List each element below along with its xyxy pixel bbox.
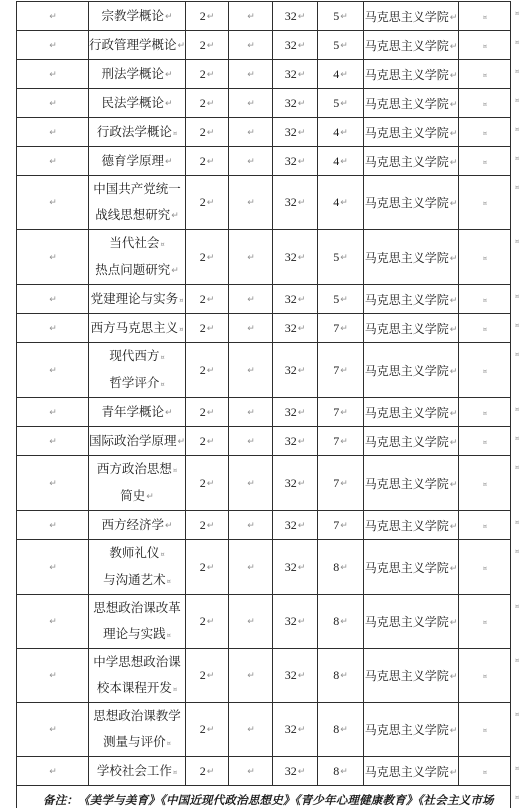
paragraph-return-mark: ↵	[450, 367, 458, 377]
cell-end-mark: ¤	[483, 438, 487, 446]
paragraph-return-mark: ↵	[207, 157, 215, 167]
cell-end-mark: ¤	[483, 768, 487, 776]
credits-value: 2	[200, 405, 206, 419]
cell-credits[interactable]: 2↵	[186, 649, 229, 703]
cell-blank-right[interactable]: ¤	[459, 230, 511, 285]
cell-hours[interactable]: 32↵	[273, 314, 318, 343]
table-row: ↵ 宗教学概论↵ 2↵ ↵ 32↵ 5↵ 马克思主义学院↵ ¤	[17, 2, 511, 31]
cell-end-mark: ¤	[173, 466, 177, 474]
paragraph-return-mark: ↵	[49, 408, 57, 418]
cell-semester[interactable]: 8↵	[318, 595, 364, 649]
cell-end-mark: ¤	[179, 325, 183, 333]
cell-blank-mid[interactable]: ↵	[229, 398, 273, 427]
credits-value: 2	[200, 668, 206, 682]
cell-blank-mid[interactable]: ↵	[229, 703, 273, 757]
cell-blank-right[interactable]: ¤	[459, 540, 511, 595]
cell-department[interactable]: 马克思主义学院↵	[364, 511, 459, 540]
cell-department[interactable]: 马克思主义学院↵	[364, 343, 459, 398]
cell-semester[interactable]: 5↵	[318, 2, 364, 31]
paragraph-return-mark: ↵	[178, 41, 186, 51]
semester-value: 4	[333, 154, 339, 168]
cell-hours[interactable]: 32↵	[273, 147, 318, 176]
cell-blank-right[interactable]: ¤	[459, 60, 511, 89]
cell-department[interactable]: 马克思主义学院↵	[364, 314, 459, 343]
cell-blank-left[interactable]: ↵	[17, 285, 89, 314]
cell-semester[interactable]: 8↵	[318, 703, 364, 757]
cell-credits[interactable]: 2↵	[186, 757, 229, 786]
cell-department[interactable]: 马克思主义学院↵	[364, 2, 459, 31]
cell-end-mark: ¤	[483, 618, 487, 626]
paragraph-return-mark: ↵	[450, 42, 458, 52]
paragraph-return-mark: ↵	[340, 437, 348, 447]
cell-blank-mid[interactable]: ↵	[229, 60, 273, 89]
paragraph-return-mark: ↵	[146, 492, 154, 502]
cell-blank-left[interactable]: ↵	[17, 703, 89, 757]
cell-blank-left[interactable]: ↵	[17, 89, 89, 118]
cell-course-name[interactable]: 国际政治学原理↵	[89, 427, 186, 456]
hours-value: 32	[285, 195, 297, 209]
paragraph-return-mark: ↵	[450, 564, 458, 574]
cell-credits[interactable]: 2↵	[186, 595, 229, 649]
cell-hours[interactable]: 32↵	[273, 31, 318, 60]
row-end-mark: ¤	[515, 434, 519, 442]
table-row: ↵ 西方经济学↵ 2↵ ↵ 32↵ 7↵ 马克思主义学院↵ ¤	[17, 511, 511, 540]
cell-department[interactable]: 马克思主义学院↵	[364, 540, 459, 595]
cell-blank-mid[interactable]: ↵	[229, 540, 273, 595]
cell-hours[interactable]: 32↵	[273, 456, 318, 511]
cell-semester[interactable]: 8↵	[318, 540, 364, 595]
paragraph-return-mark: ↵	[247, 479, 255, 489]
semester-value: 5	[333, 250, 339, 264]
cell-course-name[interactable]: 行政管理学概论↵	[89, 31, 186, 60]
paragraph-return-mark: ↵	[450, 13, 458, 23]
cell-semester[interactable]: 5↵	[318, 230, 364, 285]
row-end-mark: ¤	[515, 96, 519, 104]
cell-blank-right[interactable]: ¤	[459, 89, 511, 118]
cell-blank-mid[interactable]: ↵	[229, 511, 273, 540]
cell-blank-left[interactable]: ↵	[17, 147, 89, 176]
cell-hours[interactable]: 32↵	[273, 2, 318, 31]
cell-blank-left[interactable]: ↵	[17, 398, 89, 427]
cell-blank-left[interactable]: ↵	[17, 649, 89, 703]
cell-blank-mid[interactable]: ↵	[229, 649, 273, 703]
cell-end-mark: ¤	[483, 296, 487, 304]
cell-credits[interactable]: 2↵	[186, 60, 229, 89]
department-value: 马克思主义学院	[365, 765, 449, 779]
cell-blank-left[interactable]: ↵	[17, 757, 89, 786]
cell-semester[interactable]: 7↵	[318, 343, 364, 398]
course-table: ↵ 宗教学概论↵ 2↵ ↵ 32↵ 5↵ 马克思主义学院↵ ¤ ↵ 行政管理学概…	[16, 1, 511, 808]
cell-end-mark: ¤	[483, 672, 487, 680]
cell-blank-mid[interactable]: ↵	[229, 757, 273, 786]
semester-value: 4	[333, 125, 339, 139]
hours-value: 32	[285, 96, 297, 110]
cell-semester[interactable]: 7↵	[318, 456, 364, 511]
paragraph-return-mark: ↵	[49, 563, 57, 573]
cell-credits[interactable]: 2↵	[186, 511, 229, 540]
table-row: ↵ 西方马克思主义¤ 2↵ ↵ 32↵ 7↵ 马克思主义学院↵ ¤	[17, 314, 511, 343]
cell-credits[interactable]: 2↵	[186, 2, 229, 31]
cell-blank-left[interactable]: ↵	[17, 31, 89, 60]
department-value: 马克思主义学院	[365, 126, 449, 140]
paragraph-return-mark: ↵	[298, 253, 306, 263]
cell-department[interactable]: 马克思主义学院↵	[364, 285, 459, 314]
cell-credits[interactable]: 2↵	[186, 343, 229, 398]
paragraph-return-mark: ↵	[450, 296, 458, 306]
course-name-text: 西方马克思主义	[91, 321, 179, 335]
cell-blank-right[interactable]: ¤	[459, 343, 511, 398]
cell-blank-mid[interactable]: ↵	[229, 595, 273, 649]
paragraph-return-mark: ↵	[49, 479, 57, 489]
hours-value: 32	[285, 614, 297, 628]
credits-value: 2	[200, 434, 206, 448]
cell-blank-right[interactable]: ¤	[459, 118, 511, 147]
paragraph-return-mark: ↵	[298, 725, 306, 735]
paragraph-return-mark: ↵	[165, 99, 173, 109]
cell-credits[interactable]: 2↵	[186, 540, 229, 595]
department-value: 马克思主义学院	[365, 477, 449, 491]
paragraph-return-mark: ↵	[450, 522, 458, 532]
row-end-marks-column: ¤¤¤¤¤¤¤¤¤¤¤¤¤¤¤¤¤¤¤¤¤	[514, 1, 529, 807]
cell-blank-mid[interactable]: ↵	[229, 456, 273, 511]
paragraph-return-mark: ↵	[340, 479, 348, 489]
department-value: 马克思主义学院	[365, 561, 449, 575]
cell-hours[interactable]: 32↵	[273, 703, 318, 757]
paragraph-return-mark: ↵	[207, 479, 215, 489]
table-row: ↵ 德育学原理↵ 2↵ ↵ 32↵ 4↵ 马克思主义学院↵ ¤	[17, 147, 511, 176]
paragraph-return-mark: ↵	[247, 157, 255, 167]
cell-blank-left[interactable]: ↵	[17, 343, 89, 398]
paragraph-return-mark: ↵	[49, 99, 57, 109]
semester-value: 4	[333, 195, 339, 209]
cell-course-name[interactable]: 宗教学概论↵	[89, 2, 186, 31]
credits-value: 2	[200, 518, 206, 532]
department-value: 马克思主义学院	[365, 97, 449, 111]
paragraph-return-mark: ↵	[247, 408, 255, 418]
cell-department[interactable]: 马克思主义学院↵	[364, 649, 459, 703]
cell-blank-left[interactable]: ↵	[17, 60, 89, 89]
semester-value: 7	[333, 476, 339, 490]
paragraph-return-mark: ↵	[298, 41, 306, 51]
cell-hours[interactable]: 32↵	[273, 60, 318, 89]
hours-value: 32	[285, 518, 297, 532]
hours-value: 32	[285, 560, 297, 574]
cell-course-name[interactable]: 当代社会¤热点问题研究↵	[89, 230, 186, 285]
credits-value: 2	[200, 764, 206, 778]
cell-department[interactable]: 马克思主义学院↵	[364, 230, 459, 285]
cell-course-name[interactable]: 行政法学概论¤	[89, 118, 186, 147]
paragraph-return-mark: ↵	[247, 521, 255, 531]
table-row: ↵ 思想政治课改革理论与实践¤ 2↵ ↵ 32↵ 8↵ 马克思主义学院↵ ¤	[17, 595, 511, 649]
cell-course-name[interactable]: 西方政治思想¤简史↵	[89, 456, 186, 511]
row-end-mark: ¤	[515, 405, 519, 413]
cell-blank-mid[interactable]: ↵	[229, 285, 273, 314]
cell-course-name[interactable]: 中国共产党统一战线思想研究↵	[89, 176, 186, 230]
semester-value: 7	[333, 321, 339, 335]
hours-value: 32	[285, 38, 297, 52]
row-end-mark: ¤	[515, 183, 519, 191]
paragraph-return-mark: ↵	[247, 253, 255, 263]
cell-semester[interactable]: 4↵	[318, 60, 364, 89]
cell-blank-left[interactable]: ↵	[17, 427, 89, 456]
cell-department[interactable]: 马克思主义学院↵	[364, 398, 459, 427]
cell-blank-right[interactable]: ¤	[459, 456, 511, 511]
paragraph-return-mark: ↵	[49, 12, 57, 22]
cell-credits[interactable]: 2↵	[186, 118, 229, 147]
credits-value: 2	[200, 67, 206, 81]
cell-blank-right[interactable]: ¤	[459, 649, 511, 703]
paragraph-return-mark: ↵	[49, 295, 57, 305]
cell-blank-mid[interactable]: ↵	[229, 147, 273, 176]
cell-course-name[interactable]: 刑法学概论↵	[89, 60, 186, 89]
paragraph-return-mark: ↵	[298, 563, 306, 573]
cell-blank-right[interactable]: ¤	[459, 703, 511, 757]
cell-credits[interactable]: 2↵	[186, 147, 229, 176]
table-row: ↵ 教师礼仪¤与沟通艺术¤ 2↵ ↵ 32↵ 8↵ 马克思主义学院↵ ¤	[17, 540, 511, 595]
paragraph-return-mark: ↵	[247, 128, 255, 138]
cell-department[interactable]: 马克思主义学院↵	[364, 147, 459, 176]
paragraph-return-mark: ↵	[340, 725, 348, 735]
credits-value: 2	[200, 321, 206, 335]
cell-hours[interactable]: 32↵	[273, 595, 318, 649]
cell-course-name[interactable]: 中学思想政治课校本课程开发¤	[89, 649, 186, 703]
row-end-mark: ¤	[515, 793, 519, 801]
cell-blank-right[interactable]: ¤	[459, 398, 511, 427]
paragraph-return-mark: ↵	[298, 671, 306, 681]
cell-semester[interactable]: 4↵	[318, 118, 364, 147]
paragraph-return-mark: ↵	[340, 671, 348, 681]
cell-blank-left[interactable]: ↵	[17, 595, 89, 649]
credits-value: 2	[200, 195, 206, 209]
hours-value: 32	[285, 250, 297, 264]
cell-course-name[interactable]: 西方马克思主义¤	[89, 314, 186, 343]
paragraph-return-mark: ↵	[298, 437, 306, 447]
cell-blank-right[interactable]: ¤	[459, 2, 511, 31]
cell-hours[interactable]: 32↵	[273, 649, 318, 703]
cell-department[interactable]: 马克思主义学院↵	[364, 703, 459, 757]
cell-blank-right[interactable]: ¤	[459, 314, 511, 343]
row-end-mark: ¤	[515, 710, 519, 718]
cell-end-mark: ¤	[160, 550, 164, 558]
cell-blank-right[interactable]: ¤	[459, 595, 511, 649]
table-row: ↵ 刑法学概论↵ 2↵ ↵ 32↵ 4↵ 马克思主义学院↵ ¤	[17, 60, 511, 89]
cell-blank-left[interactable]: ↵	[17, 456, 89, 511]
cell-blank-right[interactable]: ¤	[459, 176, 511, 230]
cell-end-mark: ¤	[483, 409, 487, 417]
paragraph-return-mark: ↵	[207, 198, 215, 208]
paragraph-return-mark: ↵	[247, 324, 255, 334]
cell-semester[interactable]: 7↵	[318, 314, 364, 343]
cell-department[interactable]: 马克思主义学院↵	[364, 118, 459, 147]
cell-blank-mid[interactable]: ↵	[229, 230, 273, 285]
cell-department[interactable]: 马克思主义学院↵	[364, 757, 459, 786]
cell-course-name[interactable]: 西方经济学↵	[89, 511, 186, 540]
paragraph-return-mark: ↵	[298, 295, 306, 305]
row-end-mark: ¤	[515, 463, 519, 471]
course-name-text: 思想政治课教学	[93, 709, 181, 723]
cell-hours[interactable]: 32↵	[273, 427, 318, 456]
row-end-mark: ¤	[515, 764, 519, 772]
row-end-mark: ¤	[515, 656, 519, 664]
cell-semester[interactable]: 7↵	[318, 511, 364, 540]
cell-blank-left[interactable]: ↵	[17, 2, 89, 31]
paragraph-return-mark: ↵	[450, 618, 458, 628]
cell-blank-left[interactable]: ↵	[17, 511, 89, 540]
cell-blank-mid[interactable]: ↵	[229, 31, 273, 60]
hours-value: 32	[285, 321, 297, 335]
cell-semester[interactable]: 8↵	[318, 757, 364, 786]
paragraph-return-mark: ↵	[298, 198, 306, 208]
cell-hours[interactable]: 32↵	[273, 757, 318, 786]
cell-course-name[interactable]: 思想政治课改革理论与实践¤	[89, 595, 186, 649]
cell-semester[interactable]: 5↵	[318, 285, 364, 314]
credits-value: 2	[200, 476, 206, 490]
cell-blank-mid[interactable]: ↵	[229, 2, 273, 31]
cell-semester[interactable]: 5↵	[318, 31, 364, 60]
cell-blank-mid[interactable]: ↵	[229, 314, 273, 343]
cell-course-name[interactable]: 教师礼仪¤与沟通艺术¤	[89, 540, 186, 595]
cell-department[interactable]: 马克思主义学院↵	[364, 427, 459, 456]
cell-course-name[interactable]: 现代西方¤哲学评介¤	[89, 343, 186, 398]
cell-department[interactable]: 马克思主义学院↵	[364, 89, 459, 118]
hours-value: 32	[285, 9, 297, 23]
table-row: ↵ 西方政治思想¤简史↵ 2↵ ↵ 32↵ 7↵ 马克思主义学院↵ ¤	[17, 456, 511, 511]
paragraph-return-mark: ↵	[340, 253, 348, 263]
paragraph-return-mark: ↵	[340, 617, 348, 627]
course-name-text: 民法学概论	[101, 96, 164, 110]
cell-course-name[interactable]: 民法学概论↵	[89, 89, 186, 118]
cell-course-name[interactable]: 青年学概论↵	[89, 398, 186, 427]
cell-blank-right[interactable]: ¤	[459, 285, 511, 314]
cell-semester[interactable]: 4↵	[318, 147, 364, 176]
paragraph-return-mark: ↵	[298, 366, 306, 376]
paragraph-return-mark: ↵	[298, 324, 306, 334]
department-value: 马克思主义学院	[365, 519, 449, 533]
cell-blank-mid[interactable]: ↵	[229, 427, 273, 456]
hours-value: 32	[285, 434, 297, 448]
cell-blank-right[interactable]: ¤	[459, 31, 511, 60]
course-name-text: 行政管理学概论	[89, 38, 177, 52]
cell-semester[interactable]: 7↵	[318, 427, 364, 456]
cell-semester[interactable]: 5↵	[318, 89, 364, 118]
cell-semester[interactable]: 7↵	[318, 398, 364, 427]
cell-credits[interactable]: 2↵	[186, 398, 229, 427]
department-value: 马克思主义学院	[365, 723, 449, 737]
cell-hours[interactable]: 32↵	[273, 230, 318, 285]
cell-credits[interactable]: 2↵	[186, 314, 229, 343]
cell-hours[interactable]: 32↵	[273, 89, 318, 118]
table-row: ↵ 中学思想政治课校本课程开发¤ 2↵ ↵ 32↵ 8↵ 马克思主义学院↵ ¤	[17, 649, 511, 703]
cell-credits[interactable]: 2↵	[186, 230, 229, 285]
cell-end-mark: ¤	[173, 685, 177, 693]
cell-blank-mid[interactable]: ↵	[229, 89, 273, 118]
cell-hours[interactable]: 32↵	[273, 176, 318, 230]
cell-semester[interactable]: 4↵	[318, 176, 364, 230]
cell-department[interactable]: 马克思主义学院↵	[364, 60, 459, 89]
cell-hours[interactable]: 32↵	[273, 511, 318, 540]
paragraph-return-mark: ↵	[49, 671, 57, 681]
cell-blank-left[interactable]: ↵	[17, 230, 89, 285]
cell-blank-right[interactable]: ¤	[459, 511, 511, 540]
cell-department[interactable]: 马克思主义学院↵	[364, 176, 459, 230]
table-row: ↵ 国际政治学原理↵ 2↵ ↵ 32↵ 7↵ 马克思主义学院↵ ¤	[17, 427, 511, 456]
cell-credits[interactable]: 2↵	[186, 703, 229, 757]
cell-credits[interactable]: 2↵	[186, 31, 229, 60]
cell-credits[interactable]: 2↵	[186, 427, 229, 456]
hours-value: 32	[285, 668, 297, 682]
cell-blank-left[interactable]: ↵	[17, 118, 89, 147]
paragraph-return-mark: ↵	[450, 71, 458, 81]
row-end-mark: ¤	[515, 350, 519, 358]
semester-value: 8	[333, 722, 339, 736]
cell-blank-mid[interactable]: ↵	[229, 343, 273, 398]
paragraph-return-mark: ↵	[171, 211, 179, 221]
cell-end-mark: ¤	[167, 739, 171, 747]
cell-course-name[interactable]: 学校社会工作¤	[89, 757, 186, 786]
table-row: ↵ 当代社会¤热点问题研究↵ 2↵ ↵ 32↵ 5↵ 马克思主义学院↵ ¤	[17, 230, 511, 285]
cell-blank-left[interactable]: ↵	[17, 314, 89, 343]
cell-course-name[interactable]: 党建理论与实务¤	[89, 285, 186, 314]
cell-department[interactable]: 马克思主义学院↵	[364, 456, 459, 511]
paragraph-return-mark: ↵	[178, 437, 186, 447]
cell-hours[interactable]: 32↵	[273, 118, 318, 147]
hours-value: 32	[285, 125, 297, 139]
cell-blank-right[interactable]: ¤	[459, 757, 511, 786]
cell-end-mark: ¤	[173, 768, 177, 776]
cell-credits[interactable]: 2↵	[186, 176, 229, 230]
cell-course-name[interactable]: 德育学原理↵	[89, 147, 186, 176]
cell-credits[interactable]: 2↵	[186, 285, 229, 314]
paragraph-return-mark: ↵	[450, 158, 458, 168]
credits-value: 2	[200, 154, 206, 168]
cell-credits[interactable]: 2↵	[186, 456, 229, 511]
paragraph-return-mark: ↵	[207, 99, 215, 109]
paragraph-return-mark: ↵	[450, 129, 458, 139]
cell-department[interactable]: 马克思主义学院↵	[364, 595, 459, 649]
cell-blank-left[interactable]: ↵	[17, 176, 89, 230]
paragraph-return-mark: ↵	[207, 563, 215, 573]
paragraph-return-mark: ↵	[247, 366, 255, 376]
row-end-mark: ¤	[515, 237, 519, 245]
remarks-cell[interactable]: 备注：《美学与美育》《中国近现代政治思想史》《青少年心理健康教育》《社会主义市场	[17, 786, 511, 808]
cell-blank-mid[interactable]: ↵	[229, 118, 273, 147]
cell-course-name[interactable]: 思想政治课教学测量与评价¤	[89, 703, 186, 757]
cell-blank-left[interactable]: ↵	[17, 540, 89, 595]
cell-blank-right[interactable]: ¤	[459, 427, 511, 456]
cell-semester[interactable]: 8↵	[318, 649, 364, 703]
paragraph-return-mark: ↵	[49, 366, 57, 376]
paragraph-return-mark: ↵	[298, 408, 306, 418]
cell-blank-right[interactable]: ¤	[459, 147, 511, 176]
cell-hours[interactable]: 32↵	[273, 343, 318, 398]
cell-department[interactable]: 马克思主义学院↵	[364, 31, 459, 60]
cell-hours[interactable]: 32↵	[273, 540, 318, 595]
hours-value: 32	[285, 405, 297, 419]
cell-end-mark: ¤	[483, 564, 487, 572]
paragraph-return-mark: ↵	[49, 767, 57, 777]
cell-credits[interactable]: 2↵	[186, 89, 229, 118]
credits-value: 2	[200, 363, 206, 377]
cell-hours[interactable]: 32↵	[273, 398, 318, 427]
paragraph-return-mark: ↵	[340, 767, 348, 777]
cell-blank-mid[interactable]: ↵	[229, 176, 273, 230]
paragraph-return-mark: ↵	[340, 70, 348, 80]
paragraph-return-mark: ↵	[49, 324, 57, 334]
semester-value: 7	[333, 518, 339, 532]
paragraph-return-mark: ↵	[340, 408, 348, 418]
cell-end-mark: ¤	[483, 325, 487, 333]
cell-hours[interactable]: 32↵	[273, 285, 318, 314]
